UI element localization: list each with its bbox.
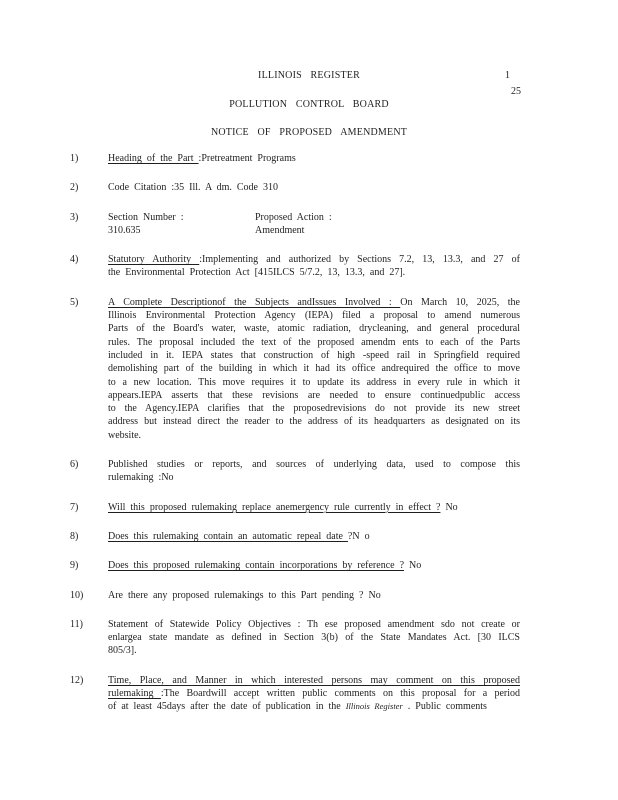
item-line: Parts of the Board's water, waste, atomi… xyxy=(108,322,520,335)
body-text: Illinois Environmental Protection Agency… xyxy=(108,310,520,321)
item-line: demolishing part of the building in whic… xyxy=(108,362,520,375)
item-body: Does this proposed rulemaking contain in… xyxy=(108,559,520,572)
notice-title: NOTICE OF PROPOSED AMENDMENT xyxy=(0,126,618,139)
list-item: 12)Time, Place, and Manner in which inte… xyxy=(70,674,520,714)
item-body: Code Citation :35 Ill. A dm. Code 310 xyxy=(108,181,520,194)
item-line: A Complete Descriptionof the Subjects an… xyxy=(108,296,520,309)
item-line: Published studies or reports, and source… xyxy=(108,458,520,471)
item-number: 8) xyxy=(70,530,108,543)
body-text: :Pretreatment Programs xyxy=(199,153,296,164)
body-text: demolishing part of the building in whic… xyxy=(108,363,520,374)
item-body: Will this proposed rulemaking replace an… xyxy=(108,501,520,514)
item-body: Statement of Statewide Policy Objectives… xyxy=(108,618,520,658)
body-text: Are there any proposed rulemakings to th… xyxy=(108,590,381,601)
body-text: of at least 45days after the date of pub… xyxy=(108,701,346,712)
item-body: Section Number :Proposed Action :310.635… xyxy=(108,211,520,238)
body-text: rules. The proposal included the text of… xyxy=(108,337,520,348)
body-text: ?N o xyxy=(348,531,370,542)
list-item: 7)Will this proposed rulemaking replace … xyxy=(70,501,520,514)
list-item: 1)Heading of the Part :Pretreatment Prog… xyxy=(70,152,520,165)
item-line: Illinois Environmental Protection Agency… xyxy=(108,309,520,322)
item-line: Does this rulemaking contain an automati… xyxy=(108,530,520,543)
item-number: 5) xyxy=(70,296,108,442)
body-text: Published studies or reports, and source… xyxy=(108,459,520,470)
body-text: website. xyxy=(108,430,141,441)
body-text: address but instead direct the reader to… xyxy=(108,416,520,427)
item-line: rulemaking :The Boardwill accept written… xyxy=(108,687,520,700)
item-line: of at least 45days after the date of pub… xyxy=(108,700,520,713)
body-text: Statement of Statewide Policy Objectives… xyxy=(108,619,520,630)
item-line: 805/3]. xyxy=(108,644,520,657)
body-text: appears.IEPA asserts that these revision… xyxy=(108,390,520,401)
list-item: 5)A Complete Descriptionof the Subjects … xyxy=(70,296,520,442)
list-item: 10)Are there any proposed rulemakings to… xyxy=(70,589,520,602)
board-title: POLLUTION CONTROL BOARD xyxy=(0,98,618,111)
list-item: 4)Statutory Authority :Implementing and … xyxy=(70,253,520,280)
item-line: website. xyxy=(108,429,520,442)
item-line: Will this proposed rulemaking replace an… xyxy=(108,501,520,514)
item-number: 7) xyxy=(70,501,108,514)
item-line: Does this proposed rulemaking contain in… xyxy=(108,559,520,572)
list-item: 3)Section Number :Proposed Action :310.6… xyxy=(70,211,520,238)
italic-text: Illinois Register xyxy=(346,701,403,711)
item-body: Does this rulemaking contain an automati… xyxy=(108,530,520,543)
underlined-text: Will this proposed rulemaking replace an… xyxy=(108,502,440,513)
column-text: Section Number : xyxy=(108,211,255,224)
notice-list: 1)Heading of the Part :Pretreatment Prog… xyxy=(70,152,520,730)
body-text: No xyxy=(404,560,421,571)
body-text: the Environmental Protection Act [415ILC… xyxy=(108,267,405,278)
item-line: included in it. IEPA states that constru… xyxy=(108,349,520,362)
item-line: enlargea state mandate as defined in Sec… xyxy=(108,631,520,644)
item-body: A Complete Descriptionof the Subjects an… xyxy=(108,296,520,442)
body-text: :The Boardwill accept written public com… xyxy=(161,688,520,699)
body-text: 805/3]. xyxy=(108,645,137,656)
item-line: the Environmental Protection Act [415ILC… xyxy=(108,266,520,279)
body-text: rulemaking :No xyxy=(108,472,174,483)
list-item: 9)Does this proposed rulemaking contain … xyxy=(70,559,520,572)
item-line: Time, Place, and Manner in which interes… xyxy=(108,674,520,687)
item-line: Statement of Statewide Policy Objectives… xyxy=(108,618,520,631)
underlined-text: Does this proposed rulemaking contain in… xyxy=(108,560,404,571)
item-number: 12) xyxy=(70,674,108,714)
underlined-text: rulemaking xyxy=(108,688,161,699)
item-body: Time, Place, and Manner in which interes… xyxy=(108,674,520,714)
item-line: Section Number :Proposed Action : xyxy=(108,211,520,224)
list-item: 8)Does this rulemaking contain an automa… xyxy=(70,530,520,543)
item-line: rulemaking :No xyxy=(108,471,520,484)
body-text: Parts of the Board's water, waste, atomi… xyxy=(108,323,520,334)
underlined-text: Does this rulemaking contain an automati… xyxy=(108,531,348,542)
item-line: to the Agency.IEPA clarifies that the pr… xyxy=(108,402,520,415)
register-title: ILLINOIS REGISTER xyxy=(0,69,618,82)
item-number: 3) xyxy=(70,211,108,238)
page-number: 1 xyxy=(505,69,510,82)
body-text: No xyxy=(440,502,457,513)
underlined-text: Time, Place, and Manner in which interes… xyxy=(108,675,520,686)
item-body: Are there any proposed rulemakings to th… xyxy=(108,589,520,602)
item-line: 310.635Amendment xyxy=(108,224,520,237)
column-text: Amendment xyxy=(255,225,304,236)
column-text: 310.635 xyxy=(108,224,255,237)
body-text: On March 10, 2025, the xyxy=(400,297,520,308)
item-line: appears.IEPA asserts that these revision… xyxy=(108,389,520,402)
item-body: Published studies or reports, and source… xyxy=(108,458,520,485)
list-item: 2)Code Citation :35 Ill. A dm. Code 310 xyxy=(70,181,520,194)
underlined-text: Statutory Authority xyxy=(108,254,199,265)
body-text: :Implementing and authorized by Sections… xyxy=(199,254,520,265)
item-number: 11) xyxy=(70,618,108,658)
list-item: 11)Statement of Statewide Policy Objecti… xyxy=(70,618,520,658)
item-number: 1) xyxy=(70,152,108,165)
body-text: included in it. IEPA states that constru… xyxy=(108,350,520,361)
item-line: Code Citation :35 Ill. A dm. Code 310 xyxy=(108,181,520,194)
item-number: 2) xyxy=(70,181,108,194)
body-text: to the Agency.IEPA clarifies that the pr… xyxy=(108,403,520,414)
item-line: rules. The proposal included the text of… xyxy=(108,336,520,349)
item-body: Heading of the Part :Pretreatment Progra… xyxy=(108,152,520,165)
item-number: 4) xyxy=(70,253,108,280)
item-number: 9) xyxy=(70,559,108,572)
underlined-text: A Complete Descriptionof the Subjects an… xyxy=(108,297,400,308)
body-text: to a new location. This move requires it… xyxy=(108,377,520,388)
item-line: Heading of the Part :Pretreatment Progra… xyxy=(108,152,520,165)
underlined-text: Heading of the Part xyxy=(108,153,199,164)
list-item: 6)Published studies or reports, and sour… xyxy=(70,458,520,485)
item-line: to a new location. This move requires it… xyxy=(108,376,520,389)
item-line: address but instead direct the reader to… xyxy=(108,415,520,428)
item-line: Are there any proposed rulemakings to th… xyxy=(108,589,520,602)
issue-number: 25 xyxy=(511,85,521,98)
body-text: Code Citation :35 Ill. A dm. Code 310 xyxy=(108,182,278,193)
item-number: 10) xyxy=(70,589,108,602)
body-text: enlargea state mandate as defined in Sec… xyxy=(108,632,520,643)
column-text: Proposed Action : xyxy=(255,212,332,223)
item-line: Statutory Authority :Implementing and au… xyxy=(108,253,520,266)
item-body: Statutory Authority :Implementing and au… xyxy=(108,253,520,280)
body-text: . Public comments xyxy=(403,701,487,712)
item-number: 6) xyxy=(70,458,108,485)
document-page: ILLINOIS REGISTER 1 25 POLLUTION CONTROL… xyxy=(0,0,618,800)
